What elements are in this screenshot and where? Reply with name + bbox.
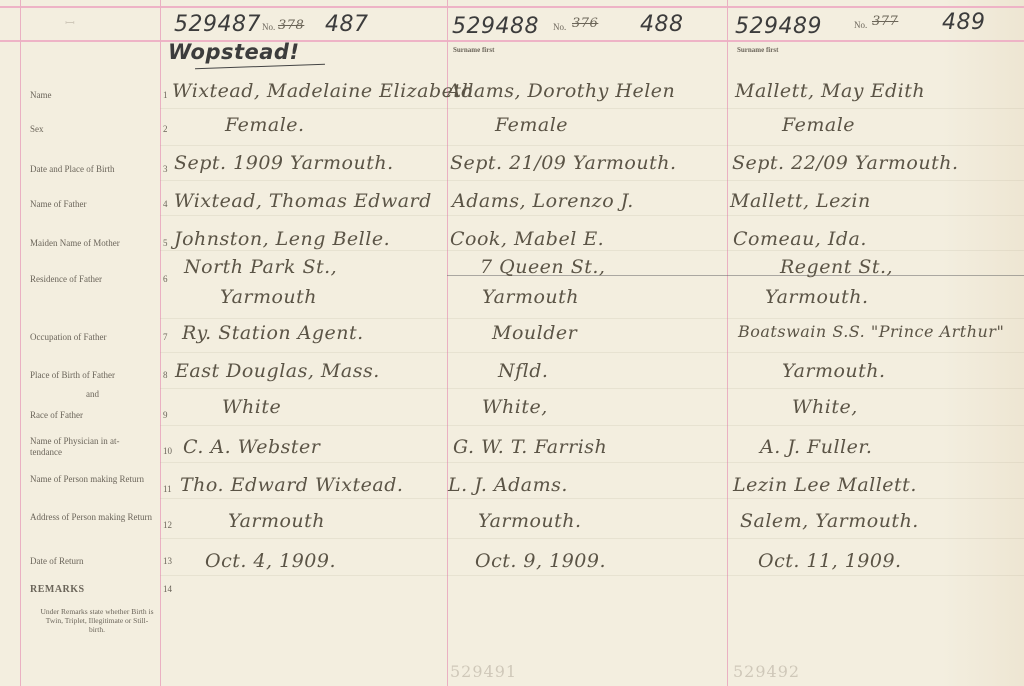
child-name: Wixtead, Madelaine Elizabeth (172, 80, 474, 102)
row-number: 4 (163, 199, 168, 209)
address-of-person: Yarmouth (228, 510, 325, 532)
row-number: 3 (163, 164, 168, 174)
race: White (222, 396, 281, 418)
date-place-birth: Sept. 1909 Yarmouth. (174, 152, 394, 174)
margin-rule-left (20, 0, 21, 686)
bottom-stamp: 529491 (450, 662, 517, 681)
father-birthplace: East Douglas, Mass. (175, 360, 380, 382)
child-name: Mallett, May Edith (735, 80, 925, 102)
occupation: Moulder (492, 322, 577, 344)
label-date-of-return: Date of Return (30, 556, 155, 567)
row-number: 5 (163, 238, 168, 248)
father-name: Adams, Lorenzo J. (452, 190, 634, 212)
column-rule-2 (447, 0, 448, 686)
mother-maiden-name: Johnston, Leng Belle. (174, 228, 390, 250)
annotation: Wopstead! (168, 40, 300, 64)
entry-number: 487 (325, 12, 369, 37)
row-number: 14 (163, 584, 172, 594)
address-of-person: Yarmouth. (478, 510, 582, 532)
row-number: 2 (163, 124, 168, 134)
ruled-line (160, 180, 1024, 181)
residence-town: Yarmouth (220, 286, 317, 308)
father-birthplace: Nfld. (498, 360, 548, 382)
no-label: No. (854, 20, 867, 30)
label-race-father: Race of Father (30, 410, 155, 421)
row-number: 10 (163, 446, 172, 456)
physician: A. J. Fuller. (760, 436, 872, 458)
ruled-line (160, 318, 1024, 319)
label-occupation-father: Occupation of Father (30, 332, 155, 343)
address-of-person: Salem, Yarmouth. (740, 510, 919, 532)
row-number: 7 (163, 332, 168, 342)
residence-street: 7 Queen St., (480, 256, 605, 278)
no-label: No. (553, 22, 566, 32)
ruled-line (160, 250, 1024, 251)
struck-number: 376 (572, 16, 598, 31)
no-label: No. (262, 22, 275, 32)
race: White, (482, 396, 548, 418)
remarks-note: Under Remarks state whether Birth is Twi… (38, 607, 156, 634)
label-name: Name (30, 90, 155, 101)
label-column-rule (160, 0, 161, 686)
label-name-of-father: Name of Father (30, 199, 155, 210)
person-making-return: Tho. Edward Wixtead. (180, 474, 403, 496)
annotation-underline (195, 64, 325, 70)
date-of-return: Oct. 4, 1909. (205, 550, 336, 572)
label-address-person: Address of Person making Return (30, 512, 152, 523)
child-name: Adams, Dorothy Helen (447, 80, 675, 102)
label-physician: Name of Physician in at- tendance (30, 436, 152, 458)
occupation: Ry. Station Agent. (182, 322, 364, 344)
sex: Female. (225, 114, 305, 136)
row-number: 6 (163, 274, 168, 284)
row-number: 12 (163, 520, 172, 530)
residence-town: Yarmouth. (765, 286, 869, 308)
label-residence-father: Residence of Father (30, 274, 155, 285)
entry-number: 489 (942, 10, 986, 35)
top-pink-rule (0, 6, 1024, 8)
entry-number: 488 (640, 12, 684, 37)
surname-first-label: Surname first (737, 46, 778, 54)
surname-first-label: Surname first (453, 46, 494, 54)
ruled-line (160, 215, 1024, 216)
label-person-making-return: Name of Person making Return (30, 474, 152, 485)
date-place-birth: Sept. 21/09 Yarmouth. (450, 152, 677, 174)
row-number: 8 (163, 370, 168, 380)
residence-street: North Park St., (184, 256, 337, 278)
ruled-line (160, 538, 1024, 539)
father-name: Wixtead, Thomas Edward (174, 190, 432, 212)
row-number: 1 (163, 90, 168, 100)
column-rule-3 (727, 0, 728, 686)
label-sex: Sex (30, 124, 155, 135)
ruled-line (160, 108, 1024, 109)
residence-street: Regent St., (780, 256, 893, 278)
label-place-birth-father: Place of Birth of Father (30, 370, 155, 381)
race: White, (792, 396, 858, 418)
ruled-line (160, 388, 1024, 389)
struck-number: 377 (872, 14, 898, 29)
father-birthplace: Yarmouth. (782, 360, 886, 382)
residence-town: Yarmouth (482, 286, 579, 308)
header-pink-rule (0, 40, 1024, 42)
ruled-line (160, 462, 1024, 463)
sex: Female (495, 114, 568, 136)
physician: G. W. T. Farrish (453, 436, 607, 458)
ruled-line (160, 145, 1024, 146)
date-of-return: Oct. 9, 1909. (475, 550, 606, 572)
mother-maiden-name: Comeau, Ida. (733, 228, 867, 250)
register-number: 529488 (452, 14, 539, 39)
label-date-place-birth: Date and Place of Birth (30, 164, 155, 175)
person-making-return: L. J. Adams. (448, 474, 568, 496)
row-number: 9 (163, 410, 168, 420)
person-making-return: Lezin Lee Mallett. (733, 474, 917, 496)
struck-number: 378 (278, 18, 304, 33)
register-page: ꟷ Name 1 Sex 2 Date and Place of Birth 3… (0, 0, 1024, 686)
mother-maiden-name: Cook, Mabel E. (450, 228, 604, 250)
ruled-line (160, 498, 1024, 499)
label-remarks: REMARKS (30, 584, 155, 595)
date-of-return: Oct. 11, 1909. (758, 550, 902, 572)
occupation: Boatswain S.S. "Prince Arthur" (738, 322, 1004, 341)
label-maiden-name-mother: Maiden Name of Mother (30, 238, 155, 249)
ruled-line (160, 425, 1024, 426)
sex: Female (782, 114, 855, 136)
ruled-line (160, 575, 1024, 576)
bottom-stamp: 529492 (733, 662, 800, 681)
register-number: 529487 (174, 12, 261, 37)
date-place-birth: Sept. 22/09 Yarmouth. (732, 152, 959, 174)
row-number: 13 (163, 556, 172, 566)
father-name: Mallett, Lezin (730, 190, 871, 212)
ruled-line (160, 352, 1024, 353)
label-and: and (30, 389, 155, 400)
physician: C. A. Webster (183, 436, 320, 458)
row-number: 11 (163, 484, 172, 494)
register-number: 529489 (735, 14, 822, 39)
faint-stamp: ꟷ (65, 14, 76, 31)
